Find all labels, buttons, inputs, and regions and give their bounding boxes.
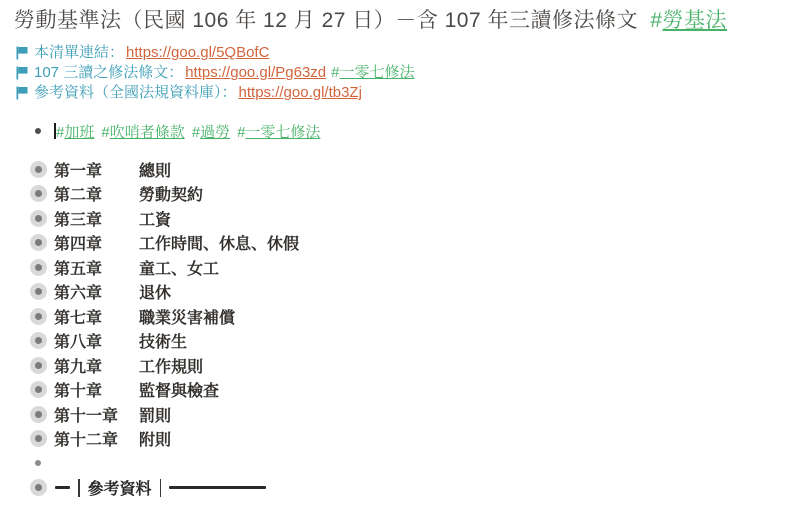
bullet-column	[29, 479, 47, 496]
bullet-column	[29, 210, 47, 227]
collapsed-bullet-icon[interactable]	[30, 259, 47, 276]
chapter-title: 職業災害補償	[139, 305, 235, 328]
tag-name: 勞基法	[663, 9, 728, 32]
list-item-chapter-6[interactable]: 第六章 退休	[14, 280, 800, 305]
chapter-number: 第九章	[54, 354, 139, 377]
collapsed-bullet-icon[interactable]	[30, 332, 47, 349]
tag-name: 一零七修法	[339, 64, 414, 81]
collapsed-bullet-icon[interactable]	[30, 381, 47, 398]
bullet-column	[29, 161, 47, 178]
divider-label: 參考資料	[88, 476, 152, 499]
chapter-number: 第十二章	[54, 427, 139, 450]
tag-link-overwork[interactable]: #過勞	[192, 121, 230, 142]
meta-label: 參考資料（全國法規資料庫）：	[34, 83, 237, 103]
chapter-number: 第七章	[54, 305, 139, 328]
collapsed-bullet-icon[interactable]	[30, 357, 47, 374]
bullet-column	[29, 460, 47, 466]
flag-icon	[16, 66, 29, 80]
bullet-column	[29, 185, 47, 202]
list-item-chapter-10[interactable]: 第十章 監督與檢查	[14, 378, 800, 403]
flag-icon	[16, 86, 29, 100]
list-item-chapter-1[interactable]: 第一章 總則	[14, 157, 800, 182]
chapter-number: 第十章	[54, 378, 139, 401]
bullet-column	[29, 308, 47, 325]
bullet-column	[29, 332, 47, 349]
list-item-chapter-8[interactable]: 第八章 技術生	[14, 329, 800, 354]
divider-dash-left	[55, 486, 70, 489]
divider-bar-right	[160, 479, 162, 497]
bullet-column	[29, 406, 47, 423]
bullet-dot	[35, 337, 42, 344]
tag-name: 加班	[64, 124, 94, 141]
bullet-dot	[35, 411, 42, 418]
meta-line-amendment-link: 107 三讀之修法條文： https://goo.gl/Pg63zd #一零七修…	[14, 63, 800, 83]
collapsed-bullet-icon[interactable]	[30, 210, 47, 227]
tag-name: 過勞	[200, 124, 230, 141]
title-tag-link[interactable]: #勞基法	[650, 9, 727, 32]
chapter-number: 第一章	[54, 158, 139, 181]
bullet-dot	[35, 484, 42, 491]
chapter-title: 退休	[139, 280, 171, 303]
outline-page: 勞動基準法（民國 106 年 12 月 27 日）－含 107 年三讀修法條文 …	[0, 0, 800, 500]
collapsed-bullet-icon[interactable]	[30, 161, 47, 178]
page-title: 勞動基準法（民國 106 年 12 月 27 日）－含 107 年三讀修法條文 …	[14, 6, 800, 36]
list-item-chapter-4[interactable]: 第四章 工作時間、休息、休假	[14, 231, 800, 256]
hashtag-symbol: #	[101, 124, 109, 141]
bullet-dot	[35, 190, 42, 197]
bullet-dot	[35, 239, 42, 246]
bullet-column	[29, 381, 47, 398]
bullet-dot	[35, 264, 42, 271]
collapsed-bullet-icon[interactable]	[30, 479, 47, 496]
list-item-chapter-11[interactable]: 第十一章 罰則	[14, 402, 800, 427]
meta-label: 本清單連結：	[34, 43, 124, 63]
amendment-tag-link[interactable]: #一零七修法	[331, 63, 414, 83]
chapter-title: 技術生	[139, 329, 187, 352]
chapter-number: 第十一章	[54, 403, 139, 426]
flag-icon	[16, 46, 29, 60]
chapter-number: 第三章	[54, 207, 139, 230]
chapter-title: 罰則	[139, 403, 171, 426]
bullet-dot	[35, 386, 42, 393]
bullet-dot	[35, 166, 42, 173]
meta-line-reference-link: 參考資料（全國法規資料庫）： https://goo.gl/tb3Zj	[14, 83, 800, 103]
list-item-chapter-3[interactable]: 第三章 工資	[14, 206, 800, 231]
page-title-text: 勞動基準法（民國 106 年 12 月 27 日）－含 107 年三讀修法條文	[14, 9, 638, 32]
chapter-number: 第五章	[54, 256, 139, 279]
divider-bar-left	[78, 479, 80, 497]
list-url-link[interactable]: https://goo.gl/5QBofC	[126, 43, 269, 63]
chapter-title: 監督與檢查	[139, 378, 219, 401]
hashtag-symbol: #	[650, 9, 662, 32]
collapsed-bullet-icon[interactable]	[30, 308, 47, 325]
list-item-chapter-5[interactable]: 第五章 童工、女工	[14, 255, 800, 280]
tag-link-overtime[interactable]: #加班	[56, 121, 94, 142]
chapter-title: 工資	[139, 207, 171, 230]
list-item-chapter-9[interactable]: 第九章 工作規則	[14, 353, 800, 378]
divider-dash-right	[169, 486, 266, 489]
meta-links-block: 本清單連結： https://goo.gl/5QBofC 107 三讀之修法條文…	[14, 43, 800, 103]
chapter-title: 童工、女工	[139, 256, 219, 279]
chapter-title: 工作時間、休息、休假	[139, 231, 299, 254]
hashtag-symbol: #	[192, 124, 200, 141]
chapter-number: 第四章	[54, 231, 139, 254]
list-item-chapter-7[interactable]: 第七章 職業災害補償	[14, 304, 800, 329]
bullet-column	[29, 128, 47, 134]
chapter-number: 第八章	[54, 329, 139, 352]
bullet-icon[interactable]	[35, 128, 41, 134]
bullet-column	[29, 357, 47, 374]
collapsed-bullet-icon[interactable]	[30, 406, 47, 423]
bullet-column	[29, 234, 47, 251]
amendment-url-link[interactable]: https://goo.gl/Pg63zd	[185, 63, 326, 83]
tag-link-107-amendment[interactable]: #一零七修法	[237, 121, 320, 142]
list-item-empty[interactable]	[14, 451, 800, 476]
meta-label: 107 三讀之修法條文：	[34, 63, 183, 83]
tags-list-item[interactable]: #加班 #吹哨者條款 #過勞 #一零七修法	[14, 119, 800, 143]
bullet-column	[29, 430, 47, 447]
chapter-number: 第六章	[54, 280, 139, 303]
collapsed-bullet-icon[interactable]	[30, 234, 47, 251]
bullet-dot	[35, 288, 42, 295]
tag-link-whistleblower[interactable]: #吹哨者條款	[101, 121, 184, 142]
chapter-title: 附則	[139, 427, 171, 450]
bullet-dot	[35, 313, 42, 320]
chapter-title: 工作規則	[139, 354, 203, 377]
bullet-dot	[35, 435, 42, 442]
bullet-column	[29, 283, 47, 300]
bullet-dot	[35, 362, 42, 369]
tag-name: 吹哨者條款	[110, 124, 185, 141]
bullet-column	[29, 259, 47, 276]
chapter-number: 第二章	[54, 182, 139, 205]
chapter-title: 勞動契約	[139, 182, 203, 205]
meta-line-list-link: 本清單連結： https://goo.gl/5QBofC	[14, 43, 800, 63]
list-item-chapter-12[interactable]: 第十二章 附則	[14, 427, 800, 452]
collapsed-bullet-icon[interactable]	[30, 430, 47, 447]
chapter-title: 總則	[139, 158, 171, 181]
chapter-list: 第一章 總則 第二章 勞動契約 第三章 工資 第四章 工作時間、休息、休假 第五…	[14, 157, 800, 500]
list-item-chapter-2[interactable]: 第二章 勞動契約	[14, 182, 800, 207]
tag-name: 一零七修法	[245, 124, 320, 141]
collapsed-bullet-icon[interactable]	[30, 283, 47, 300]
list-item-reference-divider[interactable]: 參考資料	[14, 476, 800, 501]
bullet-icon[interactable]	[35, 460, 41, 466]
bullet-dot	[35, 215, 42, 222]
collapsed-bullet-icon[interactable]	[30, 185, 47, 202]
reference-url-link[interactable]: https://goo.gl/tb3Zj	[239, 83, 362, 103]
